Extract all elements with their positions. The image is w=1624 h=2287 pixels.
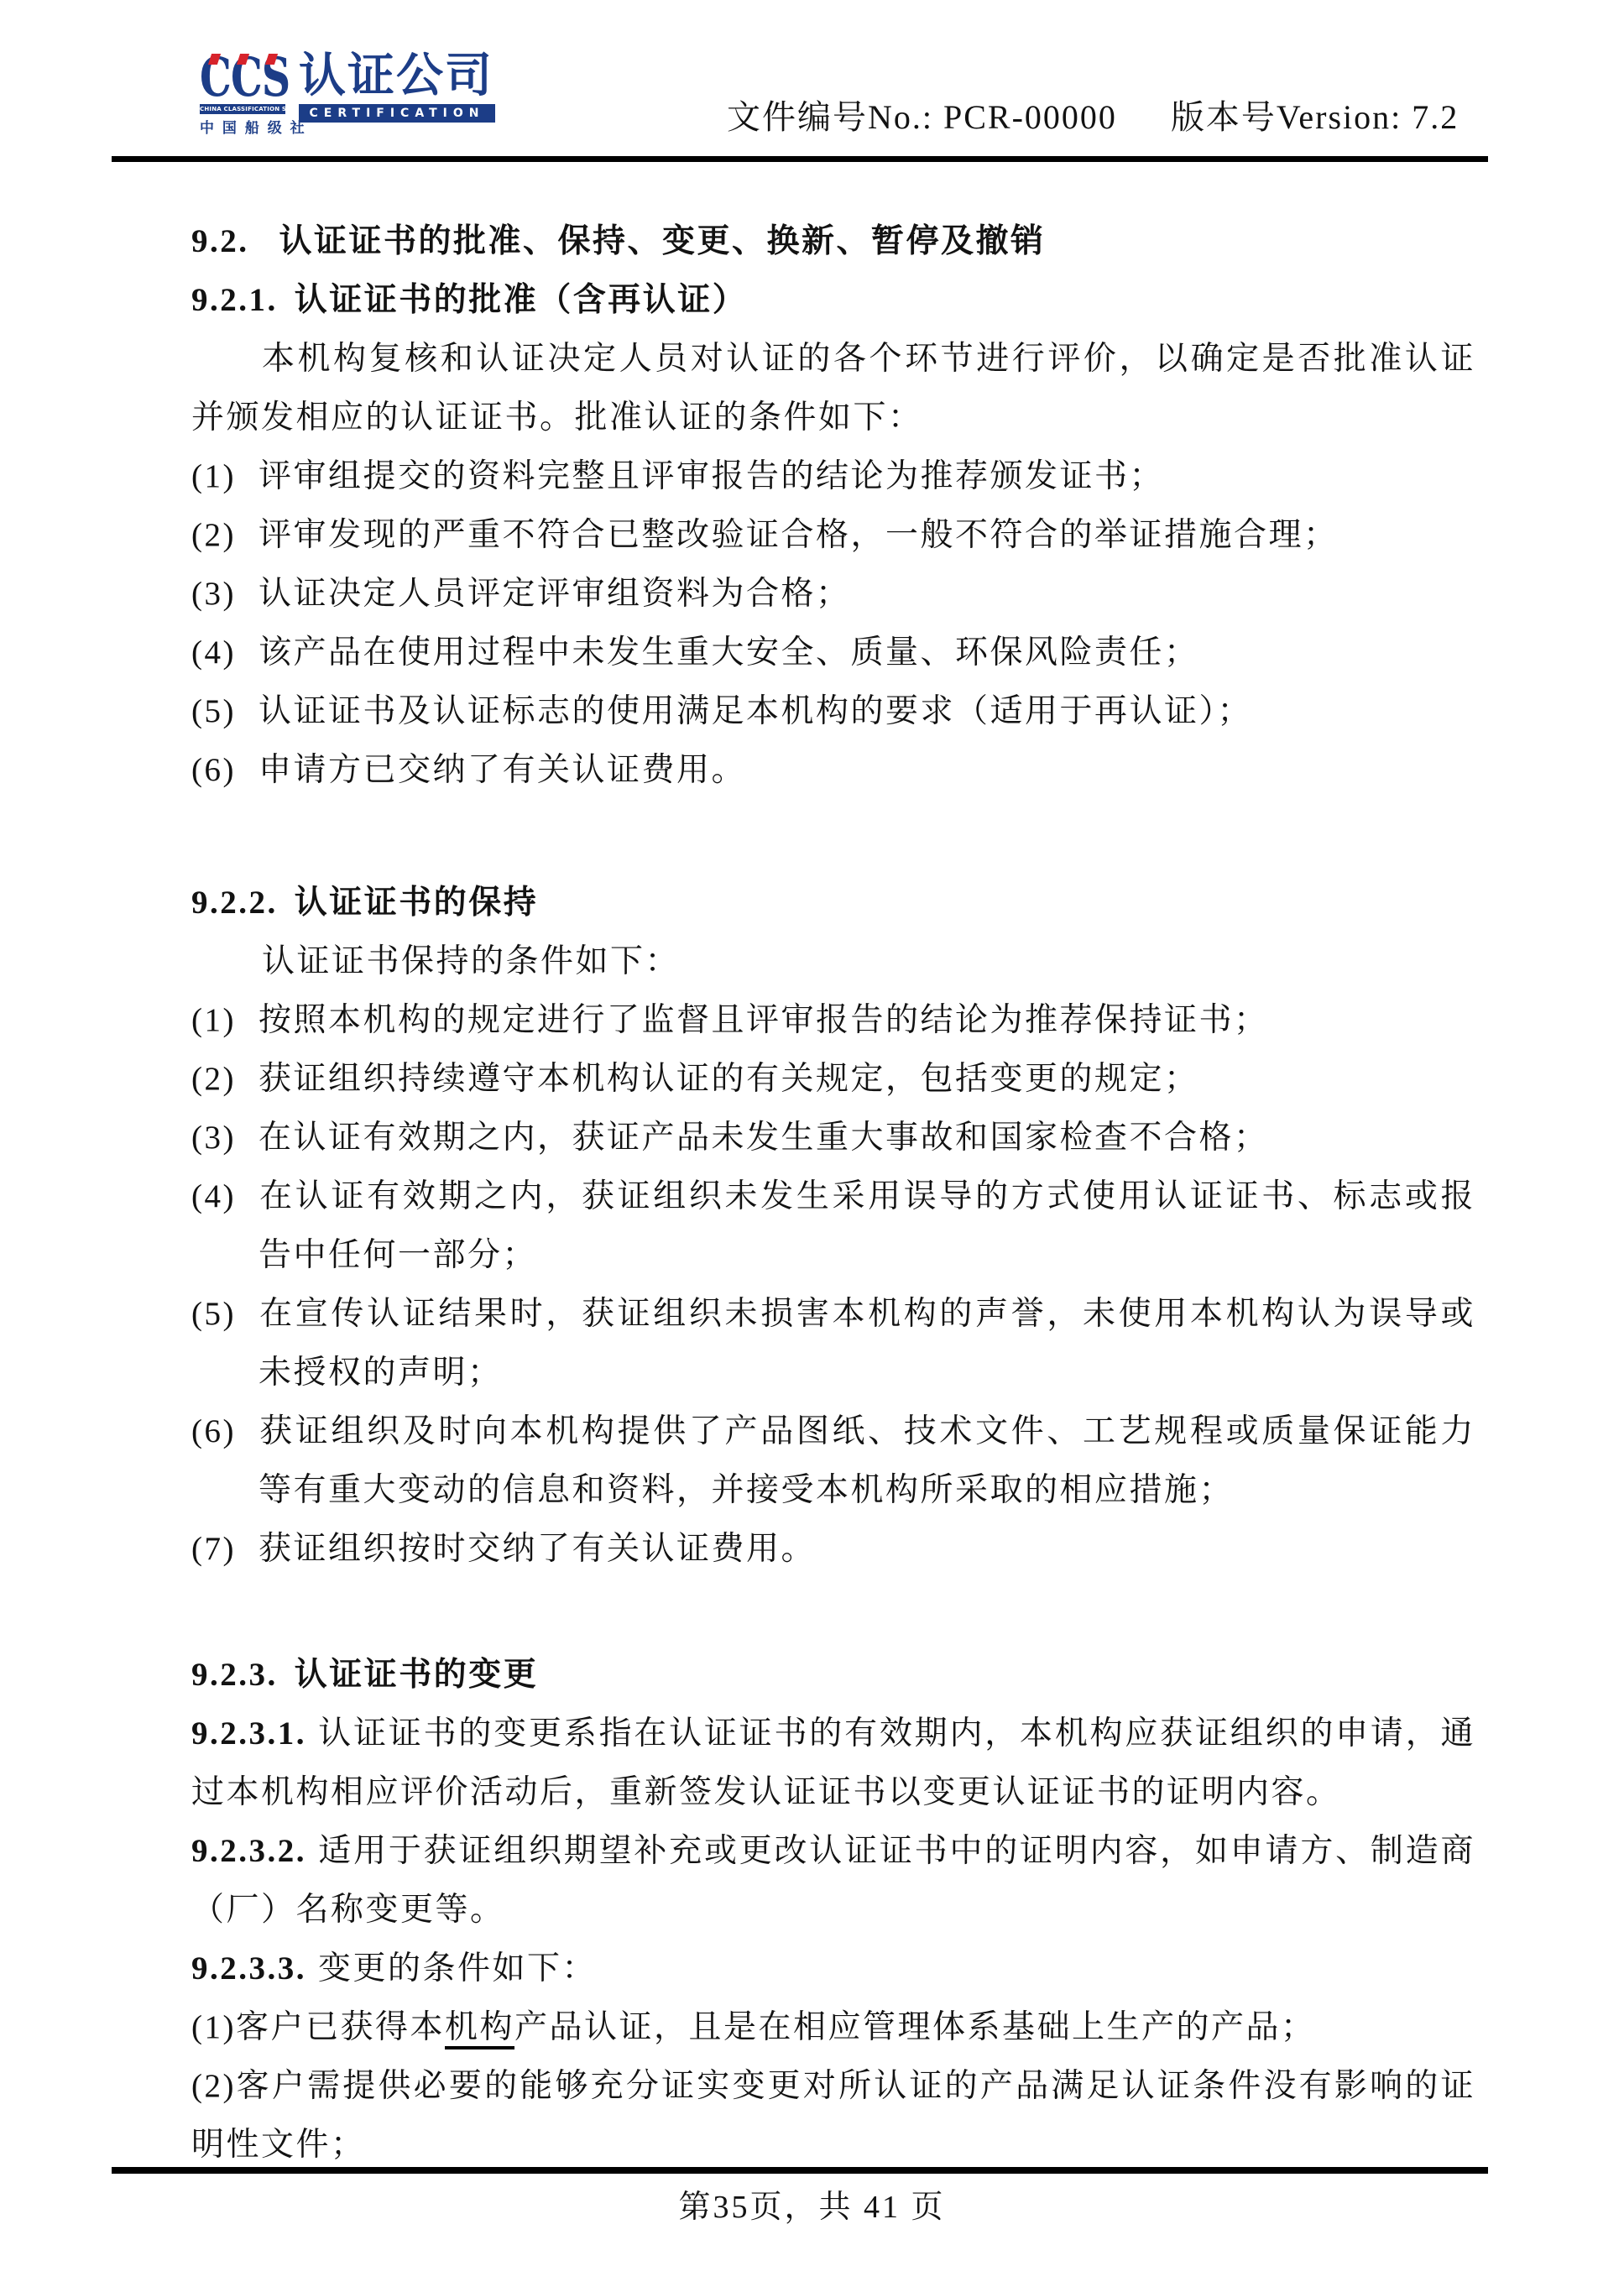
list-item-text: 获证组织按时交纳了有关认证费用。 <box>258 1531 816 1567</box>
section-title: 认证证书的批准（含再认证） <box>295 282 748 318</box>
list-item-marker: (4) <box>191 624 258 682</box>
paragraph-9-2-2-intro: 认证证书保持的条件如下： <box>191 932 1475 991</box>
paragraph-number: 9.2.3.3. <box>191 1950 306 1987</box>
list-item: (1)客户已获得本机构产品认证，且是在相应管理体系基础上生产的产品； <box>191 1998 1475 2057</box>
list-item-text: 在认证有效期之内，获证产品未发生重大事故和国家检查不合格； <box>258 1120 1269 1156</box>
list-item-text: 评审发现的严重不符合已整改验证合格，一般不符合的举证措施合理； <box>258 517 1339 553</box>
document-body: 9.2.认证证书的批准、保持、变更、换新、暂停及撤销 9.2.1.认证证书的批准… <box>191 212 1475 2175</box>
list-item-marker: (1) <box>191 991 258 1050</box>
section-title: 认证证书的保持 <box>295 885 539 921</box>
list-item-marker: (2) <box>191 2068 236 2104</box>
section-heading-9-2-3: 9.2.3.认证证书的变更 <box>191 1646 1475 1705</box>
doc-number: 文件编号No.: PCR-00000 <box>727 98 1117 136</box>
header-divider <box>112 156 1488 162</box>
list-item-text: 申请方已交纳了有关认证费用。 <box>258 752 746 788</box>
certification-bar: CERTIFICATION <box>299 104 495 123</box>
list-item-text: 客户已获得本 <box>236 2009 445 2045</box>
section-number: 9.2.2. <box>191 885 278 921</box>
document-page: CCS CHINA CLASSIFICATION SOCIETY 中 国 船 级… <box>0 0 1624 2287</box>
list-item-marker: (3) <box>191 565 258 624</box>
list-item: (3)在认证有效期之内，获证产品未发生重大事故和国家检查不合格； <box>191 1109 1475 1167</box>
section-heading-9-2: 9.2.认证证书的批准、保持、变更、换新、暂停及撤销 <box>191 212 1475 271</box>
paragraph-9-2-1-intro: 本机构复核和认证决定人员对认证的各个环节进行评价，以确定是否批准认证并颁发相应的… <box>191 330 1475 447</box>
list-item-marker: (5) <box>191 682 258 741</box>
list-item-text: 认证决定人员评定评审组资料为合格； <box>258 576 851 612</box>
list-item: (1)评审组提交的资料完整且评审报告的结论为推荐颁发证书； <box>191 447 1475 506</box>
list-item: (2)客户需提供必要的能够充分证实变更对所认证的产品满足认证条件没有影响的证明性… <box>191 2057 1475 2175</box>
list-item: (5)认证证书及认证标志的使用满足本机构的要求（适用于再认证）； <box>191 682 1475 741</box>
ccs-logo-text: CCS <box>200 52 285 104</box>
list-item: (1)按照本机构的规定进行了监督且评审报告的结论为推荐保持证书； <box>191 991 1475 1050</box>
ccs-logo: CCS CHINA CLASSIFICATION SOCIETY 中 国 船 级… <box>200 52 495 137</box>
paragraph-number: 9.2.3.1. <box>191 1715 306 1752</box>
list-item-text: 认证证书及认证标志的使用满足本机构的要求（适用于再认证）； <box>258 693 1252 729</box>
list-item-text: 获证组织持续遵守本机构认证的有关规定，包括变更的规定； <box>258 1061 1199 1097</box>
list-item: (3)认证决定人员评定评审组资料为合格； <box>191 565 1475 624</box>
list-item: (2)获证组织持续遵守本机构认证的有关规定，包括变更的规定； <box>191 1050 1475 1109</box>
list-item-text: 产品认证，且是在相应管理体系基础上生产的产品； <box>514 2009 1316 2045</box>
section-number: 9.2.3. <box>191 1657 278 1693</box>
version-number: 版本号Version: 7.2 <box>1171 98 1459 136</box>
list-item-marker: (6) <box>191 741 258 800</box>
paragraph-9-2-3-2: 9.2.3.2.适用于获证组织期望补充或更改认证证书中的证明内容，如申请方、制造… <box>191 1822 1475 1940</box>
list-item-text: 按照本机构的规定进行了监督且评审报告的结论为推荐保持证书； <box>258 1002 1269 1038</box>
list-item-marker: (7) <box>191 1520 258 1579</box>
list-item: (7)获证组织按时交纳了有关认证费用。 <box>191 1520 1475 1579</box>
list-item-marker: (2) <box>191 506 258 565</box>
list-item-text: 在认证有效期之内，获证组织未发生采用误导的方式使用认证证书、标志或报告中任何一部… <box>258 1178 1475 1273</box>
paragraph-text: 认证证书的变更系指在认证证书的有效期内，本机构应获证组织的申请，通过本机构相应评… <box>191 1715 1475 1810</box>
ccs-logo-left: CCS CHINA CLASSIFICATION SOCIETY 中 国 船 级… <box>200 52 285 137</box>
list-item-marker: (6) <box>191 1402 258 1461</box>
section-heading-9-2-2: 9.2.2.认证证书的保持 <box>191 874 1475 932</box>
list-item: (6)获证组织及时向本机构提供了产品图纸、技术文件、工艺规程或质量保证能力等有重… <box>191 1402 1475 1520</box>
list-item-text: 该产品在使用过程中未发生重大安全、质量、环保风险责任； <box>258 634 1199 671</box>
section-heading-9-2-1: 9.2.1.认证证书的批准（含再认证） <box>191 271 1475 330</box>
society-name-cn: 中 国 船 级 社 <box>200 116 285 137</box>
list-item: (5)在宣传认证结果时，获证组织未损害本机构的声誉，未使用本机构认为误导或未授权… <box>191 1285 1475 1402</box>
list-item-text: 评审组提交的资料完整且评审报告的结论为推荐颁发证书； <box>258 458 1164 494</box>
ccs-logo-right: 认证公司 CERTIFICATION <box>299 52 495 137</box>
list-item-text: 获证组织及时向本机构提供了产品图纸、技术文件、工艺规程或质量保证能力等有重大变动… <box>258 1413 1475 1508</box>
section-title: 认证证书的变更 <box>295 1657 539 1693</box>
underlined-text: 机构 <box>445 2009 514 2049</box>
list-item-text: 客户需提供必要的能够充分证实变更对所认证的产品满足认证条件没有影响的证明性文件； <box>191 2068 1475 2163</box>
paragraph-text: 变更的条件如下： <box>318 1950 597 1987</box>
section-number: 9.2. <box>191 223 249 259</box>
section-number: 9.2.1. <box>191 282 278 318</box>
list-item-marker: (2) <box>191 1050 258 1109</box>
list-item: (4)在认证有效期之内，获证组织未发生采用误导的方式使用认证证书、标志或报告中任… <box>191 1167 1475 1285</box>
list-item-marker: (1) <box>191 2009 236 2045</box>
list-item: (6)申请方已交纳了有关认证费用。 <box>191 741 1475 800</box>
footer-divider <box>112 2167 1488 2174</box>
list-item-marker: (4) <box>191 1167 258 1226</box>
list-item: (2)评审发现的严重不符合已整改验证合格，一般不符合的举证措施合理； <box>191 506 1475 565</box>
list-item: (4)该产品在使用过程中未发生重大安全、质量、环保风险责任； <box>191 624 1475 682</box>
paragraph-number: 9.2.3.2. <box>191 1833 306 1869</box>
paragraph-9-2-3-1: 9.2.3.1.认证证书的变更系指在认证证书的有效期内，本机构应获证组织的申请，… <box>191 1705 1475 1822</box>
list-item-marker: (1) <box>191 447 258 506</box>
company-name-cn: 认证公司 <box>299 52 495 101</box>
list-item-marker: (3) <box>191 1109 258 1167</box>
paragraph-9-2-3-3: 9.2.3.3.变更的条件如下： <box>191 1940 1475 1998</box>
paragraph-text: 适用于获证组织期望补充或更改认证证书中的证明内容，如申请方、制造商（厂）名称变更… <box>191 1833 1475 1928</box>
page-number: 第35页，共 41 页 <box>0 2180 1624 2227</box>
list-item-marker: (5) <box>191 1285 258 1344</box>
header-meta: 文件编号No.: PCR-00000版本号Version: 7.2 <box>727 91 1459 138</box>
section-title: 认证证书的批准、保持、变更、换新、暂停及撤销 <box>279 223 1046 259</box>
list-item-text: 在宣传认证结果时，获证组织未损害本机构的声誉，未使用本机构认为误导或未授权的声明… <box>258 1296 1475 1391</box>
